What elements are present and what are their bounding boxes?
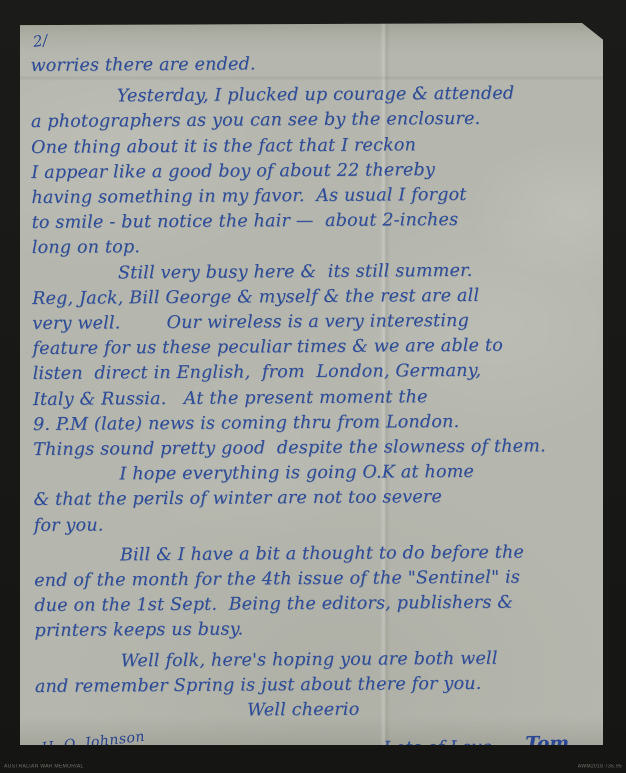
letter-line: having something in my favor. As usual I… (31, 182, 593, 211)
letter-line: Bill & I have a bit a thought to do befo… (34, 540, 596, 569)
letter-line: Reg, Jack, Bill George & myself & the re… (32, 283, 594, 312)
letter-line: long on top. (32, 232, 594, 261)
letter-line: Yesterday, I plucked up courage & attend… (31, 81, 593, 110)
letter-body: worries there are ended. Yesterday, I pl… (30, 50, 597, 773)
letter-page: 2/ worries there are ended. Yesterday, I… (20, 23, 603, 745)
letter-line: & that the perils of winter are not too … (34, 484, 596, 513)
letter-line: end of the month for the 4th issue of th… (34, 565, 596, 594)
letter-line: worries there are ended. (30, 50, 592, 79)
letter-line: Well folk, here's hoping you are both we… (35, 646, 597, 675)
letter-line: due on the 1st Sept. Being the editors, … (34, 590, 596, 619)
letter-line: I hope everything is going O.K at home (33, 459, 595, 488)
letter-line: a photographers as you can see by the en… (31, 106, 593, 135)
letter-line: feature for us these peculiar times & we… (32, 333, 594, 362)
letter-line: I appear like a good boy of about 22 the… (31, 157, 593, 186)
scan-background: 2/ worries there are ended. Yesterday, I… (0, 0, 626, 773)
signoff-row: H. O. Johnson Lots of Love Tom (35, 721, 597, 773)
letter-line: listen direct in English, from London, G… (33, 358, 595, 387)
letter-line: and remember Spring is just about there … (35, 671, 597, 700)
letter-line: Italy & Russia. At the present moment th… (33, 384, 595, 413)
letter-line: printers keeps us busy. (34, 616, 596, 645)
letter-line: 9. P.M (late) news is coming thru from L… (33, 409, 595, 438)
archive-watermark-right: AWM2018 735.95 (578, 764, 622, 770)
letter-line: Still very busy here & its still summer. (32, 258, 594, 287)
annotation-name: H. O. Johnson (41, 729, 146, 756)
archive-watermark-left: AUSTRALIAN WAR MEMORIAL (4, 764, 84, 770)
letter-line: for you. (34, 510, 596, 539)
letter-line: Things sound pretty good despite the slo… (33, 434, 595, 463)
letter-line: very well. Our wireless is a very intere… (32, 308, 594, 337)
letter-line: to smile - but notice the hair — about 2… (32, 207, 594, 236)
valediction: Lots of Love (383, 738, 492, 759)
page-number: 2/ (32, 32, 49, 50)
letter-line: Well cheerio (35, 696, 597, 725)
letter-line: One thing about it is the fact that I re… (31, 132, 593, 161)
signature: Tom (523, 733, 572, 757)
